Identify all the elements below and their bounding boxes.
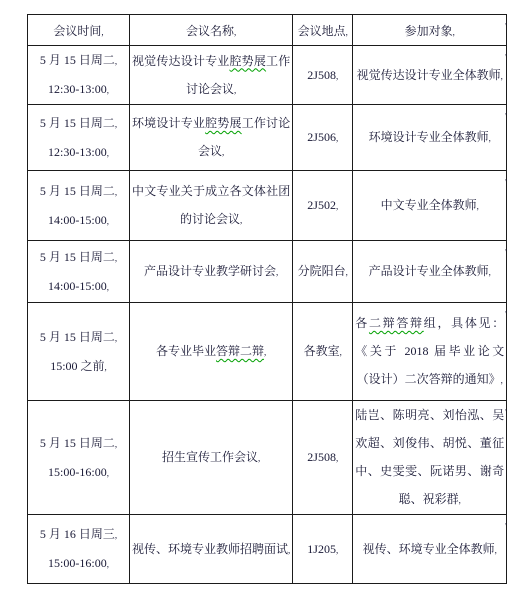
meeting-date-text: 5 月 15 日周二 bbox=[40, 184, 115, 198]
paragraph-mark: , bbox=[234, 85, 236, 95]
paragraph-mark: , bbox=[107, 148, 109, 158]
cell-meeting-location: 2J508, bbox=[293, 46, 353, 105]
header-label: 会议名称 bbox=[186, 24, 234, 38]
cell-meeting-location: 各教室, bbox=[293, 303, 353, 401]
cell-text-segment: 各 bbox=[355, 316, 369, 330]
paragraph-mark: , bbox=[489, 133, 491, 143]
meeting-time-range-text: 15:00-16:00 bbox=[48, 556, 107, 570]
meeting-location-text: 分院阳台 bbox=[298, 264, 346, 278]
meeting-date-text: 5 月 15 日周二 bbox=[40, 436, 115, 450]
meeting-time-range: 15:00-16:00, bbox=[30, 549, 127, 578]
row-end-mark: , bbox=[505, 174, 507, 182]
meeting-date: 5 月 16 日周三, bbox=[30, 520, 127, 549]
paragraph-mark: , bbox=[107, 282, 109, 292]
meeting-name-text: 视传、环境专业教师招聘面试, bbox=[132, 535, 290, 564]
row-end-mark: , bbox=[505, 244, 507, 252]
header-cell-participants: 参加对象, bbox=[353, 15, 507, 46]
row-end-mark: , bbox=[505, 404, 507, 412]
cell-text-segment: 产品设计专业教学研讨会 bbox=[144, 264, 276, 278]
cell-meeting-name: 各专业毕业答辩二辩, bbox=[130, 303, 293, 401]
paragraph-mark: , bbox=[336, 201, 338, 211]
paragraph-mark: , bbox=[336, 133, 338, 143]
header-cell-meeting-location: 会议地点, bbox=[293, 15, 353, 46]
row-end-mark: , bbox=[505, 306, 507, 314]
meeting-date: 5 月 15 日周二, bbox=[30, 109, 127, 138]
participants-text: 视传、环境专业全体教师, bbox=[355, 535, 504, 564]
table-row: 5 月 15 日周二,14:00-15:00,产品设计专业教学研讨会,分院阳台,… bbox=[28, 241, 507, 303]
cell-meeting-time: 5 月 15 日周二,15:00-16:00, bbox=[28, 401, 130, 515]
meeting-name-text: 招生宣传工作会议, bbox=[132, 443, 290, 472]
cell-text-segment: 产品设计专业全体教师 bbox=[369, 264, 489, 278]
meeting-time-range-text: 15:00 之前 bbox=[50, 359, 104, 373]
participants-text: 中文专业全体教师, bbox=[355, 191, 504, 220]
meeting-date: 5 月 15 日周二, bbox=[30, 323, 127, 352]
cell-meeting-name: 视觉传达设计专业腔势展工作讨论会议, bbox=[130, 46, 293, 105]
paragraph-mark: , bbox=[336, 545, 338, 555]
meeting-time-range: 15:00-16:00, bbox=[30, 458, 127, 487]
paragraph-mark: , bbox=[107, 216, 109, 226]
meeting-name-text: 产品设计专业教学研讨会, bbox=[132, 257, 290, 286]
row-end-mark: , bbox=[505, 49, 507, 57]
spellcheck-flagged-text: 腔势展 bbox=[205, 116, 242, 130]
cell-participants: 视觉传达设计专业全体教师, bbox=[353, 46, 507, 105]
cell-meeting-time: 5 月 15 日周二,12:30-13:00, bbox=[28, 46, 130, 105]
meeting-location-text: 2J508 bbox=[307, 450, 336, 464]
spellcheck-flagged-text: 二辩答辩 bbox=[369, 316, 424, 330]
meeting-location-text: 2J506 bbox=[307, 130, 336, 144]
cell-meeting-location: 2J506, bbox=[293, 105, 353, 171]
cell-participants: 产品设计专业全体教师, bbox=[353, 241, 507, 303]
participants-text: 各二辩答辩组，具体见：《关于 2018 届毕业论文（设计）二次答辩的通知》, bbox=[355, 309, 504, 394]
cell-meeting-location: 分院阳台, bbox=[293, 241, 353, 303]
cell-text-segment: 视觉传达设计专业 bbox=[132, 54, 229, 68]
document-page: 会议时间, 会议名称, 会议地点, 参加对象, 5 月 15 日周二,12:30… bbox=[0, 0, 513, 591]
meeting-date: 5 月 15 日周二, bbox=[30, 429, 127, 458]
paragraph-mark: , bbox=[258, 453, 260, 463]
paragraph-mark: , bbox=[477, 201, 479, 211]
paragraph-mark: , bbox=[288, 545, 290, 555]
table-row: 5 月 15 日周二,14:00-15:00,中文专业关于成立各文体社团的讨论会… bbox=[28, 171, 507, 241]
paragraph-mark: , bbox=[459, 495, 461, 505]
paragraph-mark: , bbox=[340, 347, 342, 357]
cell-text-segment: 中文专业全体教师 bbox=[381, 198, 477, 212]
meeting-time-range-text: 14:00-15:00 bbox=[48, 279, 107, 293]
meeting-schedule-table: 会议时间, 会议名称, 会议地点, 参加对象, 5 月 15 日周二,12:30… bbox=[27, 14, 507, 584]
header-label: 参加对象 bbox=[405, 24, 453, 38]
meeting-time-range: 15:00 之前, bbox=[30, 352, 127, 381]
paragraph-mark: , bbox=[501, 71, 503, 81]
paragraph-mark: , bbox=[346, 27, 348, 37]
paragraph-mark: , bbox=[336, 453, 338, 463]
paragraph-mark: , bbox=[107, 559, 109, 569]
cell-text-segment: 招生宣传工作会议 bbox=[162, 450, 258, 464]
participants-text: 陆岂、陈明亮、刘怡泓、吴欢超、刘俊伟、胡悦、董征中、史雯雯、阮诺男、谢奇聪、祝彩… bbox=[355, 401, 504, 514]
cell-participants: 视传、环境专业全体教师, bbox=[353, 515, 507, 584]
header-label: 会议时间 bbox=[53, 24, 101, 38]
participants-text: 产品设计专业全体教师, bbox=[355, 257, 504, 286]
row-end-mark: , bbox=[505, 518, 507, 526]
meeting-name-text: 各专业毕业答辩二辩, bbox=[132, 337, 290, 366]
spellcheck-flagged-text: 腔势展 bbox=[229, 54, 266, 68]
cell-text-segment: 各专业毕业 bbox=[156, 344, 216, 358]
meeting-date-text: 5 月 15 日周二 bbox=[40, 116, 115, 130]
table-row: 5 月 15 日周二,12:30-13:00,环境设计专业腔势展工作讨论会议,2… bbox=[28, 105, 507, 171]
meeting-time-range-text: 14:00-15:00 bbox=[48, 213, 107, 227]
cell-text-segment: 视传、环境专业教师招聘面试 bbox=[132, 542, 288, 556]
paragraph-mark: , bbox=[336, 71, 338, 81]
cell-meeting-time: 5 月 15 日周二,15:00 之前, bbox=[28, 303, 130, 401]
participants-text: 视觉传达设计专业全体教师, bbox=[355, 61, 504, 90]
meeting-date-text: 5 月 15 日周二 bbox=[40, 53, 115, 67]
paragraph-mark: , bbox=[115, 333, 117, 343]
cell-text-segment: 陆岂、陈明亮、刘怡泓、吴欢超、刘俊伟、胡悦、董征中、史雯雯、阮诺男、谢奇聪、祝彩… bbox=[355, 408, 504, 506]
cell-meeting-location: 2J502, bbox=[293, 171, 353, 241]
table-row: 5 月 15 日周二,12:30-13:00,视觉传达设计专业腔势展工作讨论会议… bbox=[28, 46, 507, 105]
table-row: 5 月 15 日周二,15:00-16:00,招生宣传工作会议,2J508,陆岂… bbox=[28, 401, 507, 515]
cell-participants: 环境设计专业全体教师, bbox=[353, 105, 507, 171]
cell-meeting-time: 5 月 15 日周二,14:00-15:00, bbox=[28, 171, 130, 241]
meeting-time-range-text: 15:00-16:00 bbox=[48, 465, 107, 479]
cell-meeting-name: 产品设计专业教学研讨会, bbox=[130, 241, 293, 303]
meeting-time-range: 12:30-13:00, bbox=[30, 75, 127, 104]
cell-participants: 各二辩答辩组，具体见：《关于 2018 届毕业论文（设计）二次答辩的通知》, bbox=[353, 303, 507, 401]
cell-text-segment: 环境设计专业 bbox=[132, 116, 205, 130]
paragraph-mark: , bbox=[115, 187, 117, 197]
cell-meeting-time: 5 月 15 日周二,14:00-15:00, bbox=[28, 241, 130, 303]
participants-text: 环境设计专业全体教师, bbox=[355, 123, 504, 152]
paragraph-mark: , bbox=[107, 468, 109, 478]
paragraph-mark: , bbox=[115, 56, 117, 66]
header-row: 会议时间, 会议名称, 会议地点, 参加对象, bbox=[28, 15, 507, 46]
paragraph-mark: , bbox=[453, 27, 455, 37]
meeting-time-range-text: 12:30-13:00 bbox=[48, 82, 107, 96]
row-end-mark: , bbox=[505, 108, 507, 116]
table-row: 5 月 15 日周二,15:00 之前,各专业毕业答辩二辩,各教室,各二辩答辩组… bbox=[28, 303, 507, 401]
cell-text-segment: 视传、环境专业全体教师 bbox=[363, 542, 495, 556]
meeting-date-text: 5 月 16 日周三 bbox=[40, 527, 115, 541]
cell-meeting-location: 1J205, bbox=[293, 515, 353, 584]
paragraph-mark: , bbox=[495, 545, 497, 555]
paragraph-mark: , bbox=[264, 347, 266, 357]
cell-participants: 中文专业全体教师, bbox=[353, 171, 507, 241]
paragraph-mark: , bbox=[115, 253, 117, 263]
meeting-time-range: 12:30-13:00, bbox=[30, 138, 127, 167]
paragraph-mark: , bbox=[222, 147, 224, 157]
cell-meeting-name: 中文专业关于成立各文体社团的讨论会议, bbox=[130, 171, 293, 241]
row-end-mark: , bbox=[505, 18, 507, 26]
cell-meeting-name: 环境设计专业腔势展工作讨论会议, bbox=[130, 105, 293, 171]
meeting-location-text: 2J502 bbox=[307, 198, 336, 212]
paragraph-mark: , bbox=[101, 27, 103, 37]
meeting-date-text: 5 月 15 日周二 bbox=[40, 250, 115, 264]
cell-participants: 陆岂、陈明亮、刘怡泓、吴欢超、刘俊伟、胡悦、董征中、史雯雯、阮诺男、谢奇聪、祝彩… bbox=[353, 401, 507, 515]
cell-meeting-name: 招生宣传工作会议, bbox=[130, 401, 293, 515]
paragraph-mark: , bbox=[276, 267, 278, 277]
meeting-name-text: 环境设计专业腔势展工作讨论会议, bbox=[132, 109, 290, 166]
meeting-location-text: 各教室 bbox=[304, 344, 340, 358]
paragraph-mark: , bbox=[115, 439, 117, 449]
meeting-location-text: 1J205 bbox=[307, 542, 336, 556]
paragraph-mark: , bbox=[346, 267, 348, 277]
paragraph-mark: , bbox=[240, 215, 242, 225]
header-cell-meeting-time: 会议时间, bbox=[28, 15, 130, 46]
meeting-date: 5 月 15 日周二, bbox=[30, 46, 127, 75]
cell-meeting-name: 视传、环境专业教师招聘面试, bbox=[130, 515, 293, 584]
spellcheck-flagged-text: 答辩二辩 bbox=[216, 344, 264, 358]
cell-meeting-time: 5 月 16 日周三,15:00-16:00, bbox=[28, 515, 130, 584]
paragraph-mark: , bbox=[115, 119, 117, 129]
cell-text-segment: 中文专业关于成立各文体社团的讨论会议 bbox=[132, 184, 290, 226]
meeting-date: 5 月 15 日周二, bbox=[30, 177, 127, 206]
paragraph-mark: , bbox=[489, 267, 491, 277]
meeting-time-range: 14:00-15:00, bbox=[30, 206, 127, 235]
paragraph-mark: , bbox=[105, 362, 107, 372]
cell-text-segment: 视觉传达设计专业全体教师 bbox=[357, 68, 501, 82]
header-label: 会议地点 bbox=[298, 24, 346, 38]
meeting-time-range-text: 12:30-13:00 bbox=[48, 145, 107, 159]
meeting-time-range: 14:00-15:00, bbox=[30, 272, 127, 301]
meeting-location-text: 2J508 bbox=[307, 68, 336, 82]
meeting-name-text: 视觉传达设计专业腔势展工作讨论会议, bbox=[132, 47, 290, 104]
cell-text-segment: 环境设计专业全体教师 bbox=[369, 130, 489, 144]
meeting-date-text: 5 月 15 日周二 bbox=[40, 330, 115, 344]
paragraph-mark: , bbox=[234, 27, 236, 37]
meeting-date: 5 月 15 日周二, bbox=[30, 243, 127, 272]
meeting-name-text: 中文专业关于成立各文体社团的讨论会议, bbox=[132, 177, 290, 234]
paragraph-mark: , bbox=[115, 530, 117, 540]
table-row: 5 月 16 日周三,15:00-16:00,视传、环境专业教师招聘面试,1J2… bbox=[28, 515, 507, 584]
cell-meeting-location: 2J508, bbox=[293, 401, 353, 515]
header-cell-meeting-name: 会议名称, bbox=[130, 15, 293, 46]
paragraph-mark: , bbox=[501, 375, 503, 385]
paragraph-mark: , bbox=[107, 85, 109, 95]
cell-meeting-time: 5 月 15 日周二,12:30-13:00, bbox=[28, 105, 130, 171]
